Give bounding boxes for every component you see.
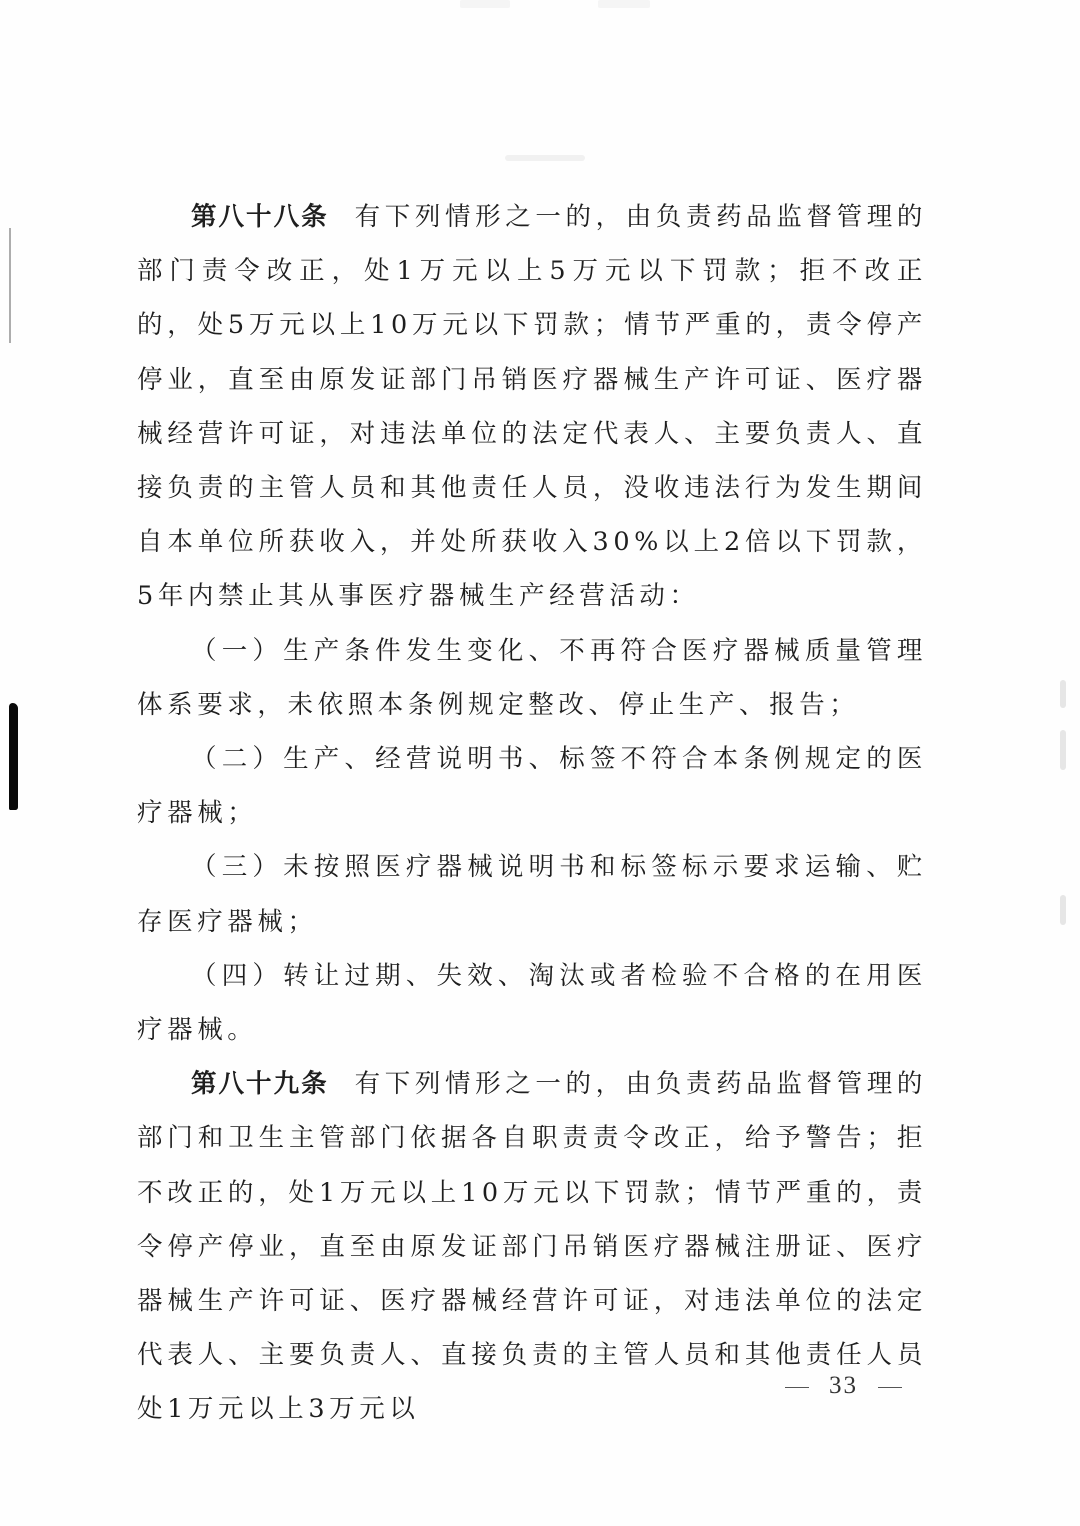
binding-edge-line (9, 228, 11, 343)
article-text: 有下列情形之一的，由负责药品监督管理的部门责令改正，处1万元以上5万元以下罚款；… (137, 202, 927, 611)
dash-left (785, 1387, 809, 1389)
clause-item-4: （四）转让过期、失效、淘汰或者检验不合格的在用医疗器械。 (137, 949, 927, 1057)
clause-item-1: （一）生产条件发生变化、不再符合医疗器械质量管理体系要求，未依照本条例规定整改、… (137, 624, 927, 732)
scan-artifact (1060, 895, 1066, 925)
dash-right (878, 1387, 902, 1389)
clause-item-3: （三）未按照医疗器械说明书和标签标示要求运输、贮存医疗器械； (137, 840, 927, 948)
scan-artifact (505, 155, 585, 161)
document-body: 第八十八条有下列情形之一的，由负责药品监督管理的部门责令改正，处1万元以上5万元… (137, 190, 927, 1437)
scan-artifact (460, 0, 510, 8)
article-number: 第八十九条 (191, 1069, 329, 1099)
page-number-text: 33 (829, 1372, 858, 1399)
clause-item-2: （二）生产、经营说明书、标签不符合本条例规定的医疗器械； (137, 732, 927, 840)
scan-artifact (598, 0, 650, 8)
scan-artifact (1060, 730, 1066, 770)
scan-artifact (1060, 680, 1066, 708)
scanned-document-page: 第八十八条有下列情形之一的，由负责药品监督管理的部门责令改正，处1万元以上5万元… (0, 0, 1080, 1526)
article-88: 第八十八条有下列情形之一的，由负责药品监督管理的部门责令改正，处1万元以上5万元… (137, 190, 927, 624)
article-number: 第八十八条 (191, 202, 329, 232)
binding-edge-mark (9, 703, 18, 810)
page-number: 33 (785, 1372, 902, 1400)
